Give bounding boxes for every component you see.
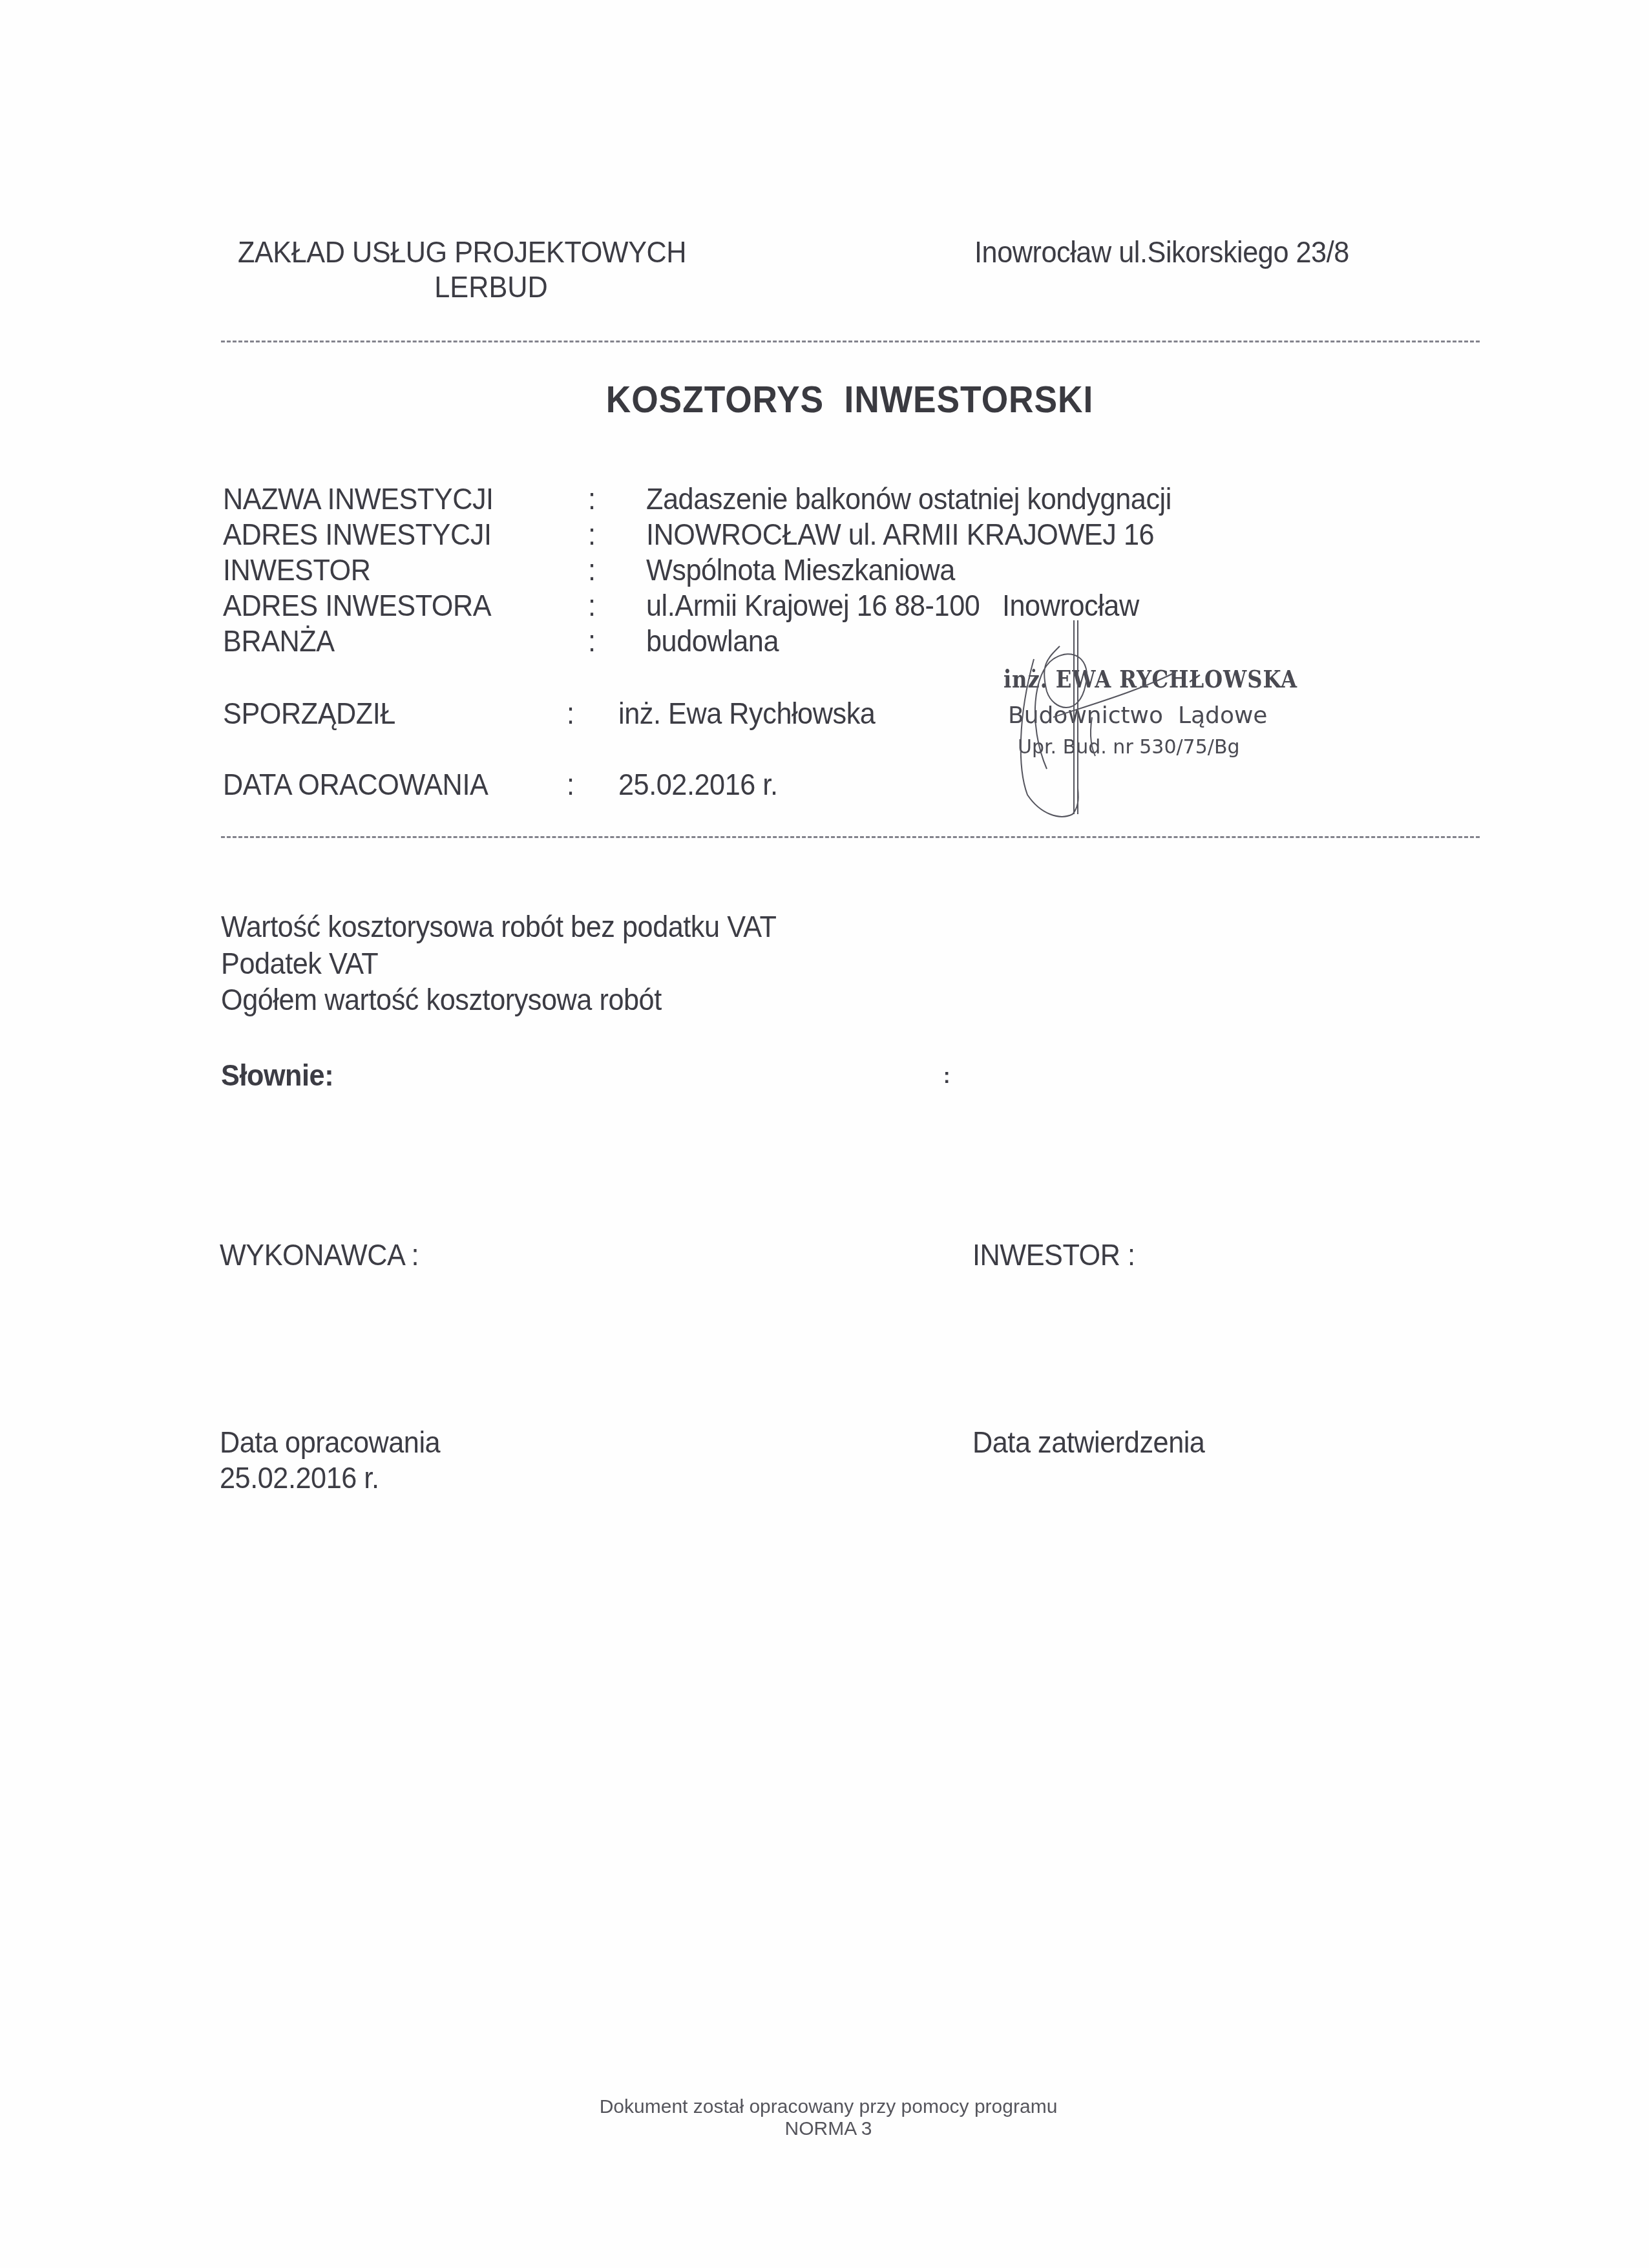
info-separator: : — [588, 625, 596, 656]
approval-date-label: Data zatwierdzenia — [972, 1427, 1204, 1457]
info-value-investor-address: ul.Armii Krajowej 16 88-100 Inowrocław — [646, 590, 1139, 620]
document-page: ZAKŁAD USŁUG PROJEKTOWYCH LERBUD Inowroc… — [0, 0, 1649, 2268]
info-divider — [221, 836, 1480, 838]
footer-note: Dokument został opracowany przy pomocy p… — [600, 2097, 1058, 2117]
company-name: ZAKŁAD USŁUG PROJEKTOWYCH — [238, 236, 686, 267]
info-label: INWESTOR — [223, 554, 371, 585]
info-label: ADRES INWESTORA — [223, 590, 491, 620]
company-short-name: LERBUD — [434, 271, 547, 302]
info-label: BRANŻA — [223, 625, 335, 656]
prepared-date-label: DATA ORACOWANIA — [223, 769, 488, 799]
prepared-by-value: inż. Ewa Rychłowska — [618, 698, 875, 728]
footer-program: NORMA 3 — [784, 2119, 872, 2139]
info-separator: : — [588, 554, 596, 585]
prepared-date-value: 25.02.2016 r. — [618, 769, 777, 799]
in-words-mark: : — [943, 1065, 950, 1087]
info-separator: : — [567, 769, 574, 799]
info-value-investment-name: Zadaszenie balkonów ostatniej kondygnacj… — [646, 483, 1171, 514]
document-title: KOSZTORYS INWESTORSKI — [606, 381, 1094, 419]
info-label: ADRES INWESTYCJI — [223, 519, 491, 549]
contractor-label: WYKONAWCA : — [220, 1239, 419, 1270]
info-value-trade: budowlana — [646, 625, 779, 656]
net-value-label: Wartość kosztorysowa robót bez podatku V… — [221, 911, 776, 941]
info-label: NAZWA INWESTYCJI — [223, 483, 494, 514]
info-separator: : — [567, 698, 574, 728]
header-divider — [221, 341, 1480, 342]
info-separator: : — [588, 519, 596, 549]
prepared-date-footer-value: 25.02.2016 r. — [220, 1462, 379, 1493]
investor-label: INWESTOR : — [972, 1239, 1135, 1270]
vat-label: Podatek VAT — [221, 948, 378, 978]
in-words-label: Słownie: — [221, 1060, 333, 1090]
info-value-investor: Wspólnota Mieszkaniowa — [646, 554, 955, 585]
company-address: Inowrocław ul.Sikorskiego 23/8 — [974, 236, 1349, 267]
prepared-date-footer-label: Data opracowania — [220, 1427, 440, 1457]
info-separator: : — [588, 483, 596, 514]
info-separator: : — [588, 590, 596, 620]
info-value-investment-address: INOWROCŁAW ul. ARMII KRAJOWEJ 16 — [646, 519, 1154, 549]
prepared-by-label: SPORZĄDZIŁ — [223, 698, 395, 728]
handwritten-signature — [956, 620, 1344, 827]
total-value-label: Ogółem wartość kosztorysowa robót — [221, 984, 662, 1014]
